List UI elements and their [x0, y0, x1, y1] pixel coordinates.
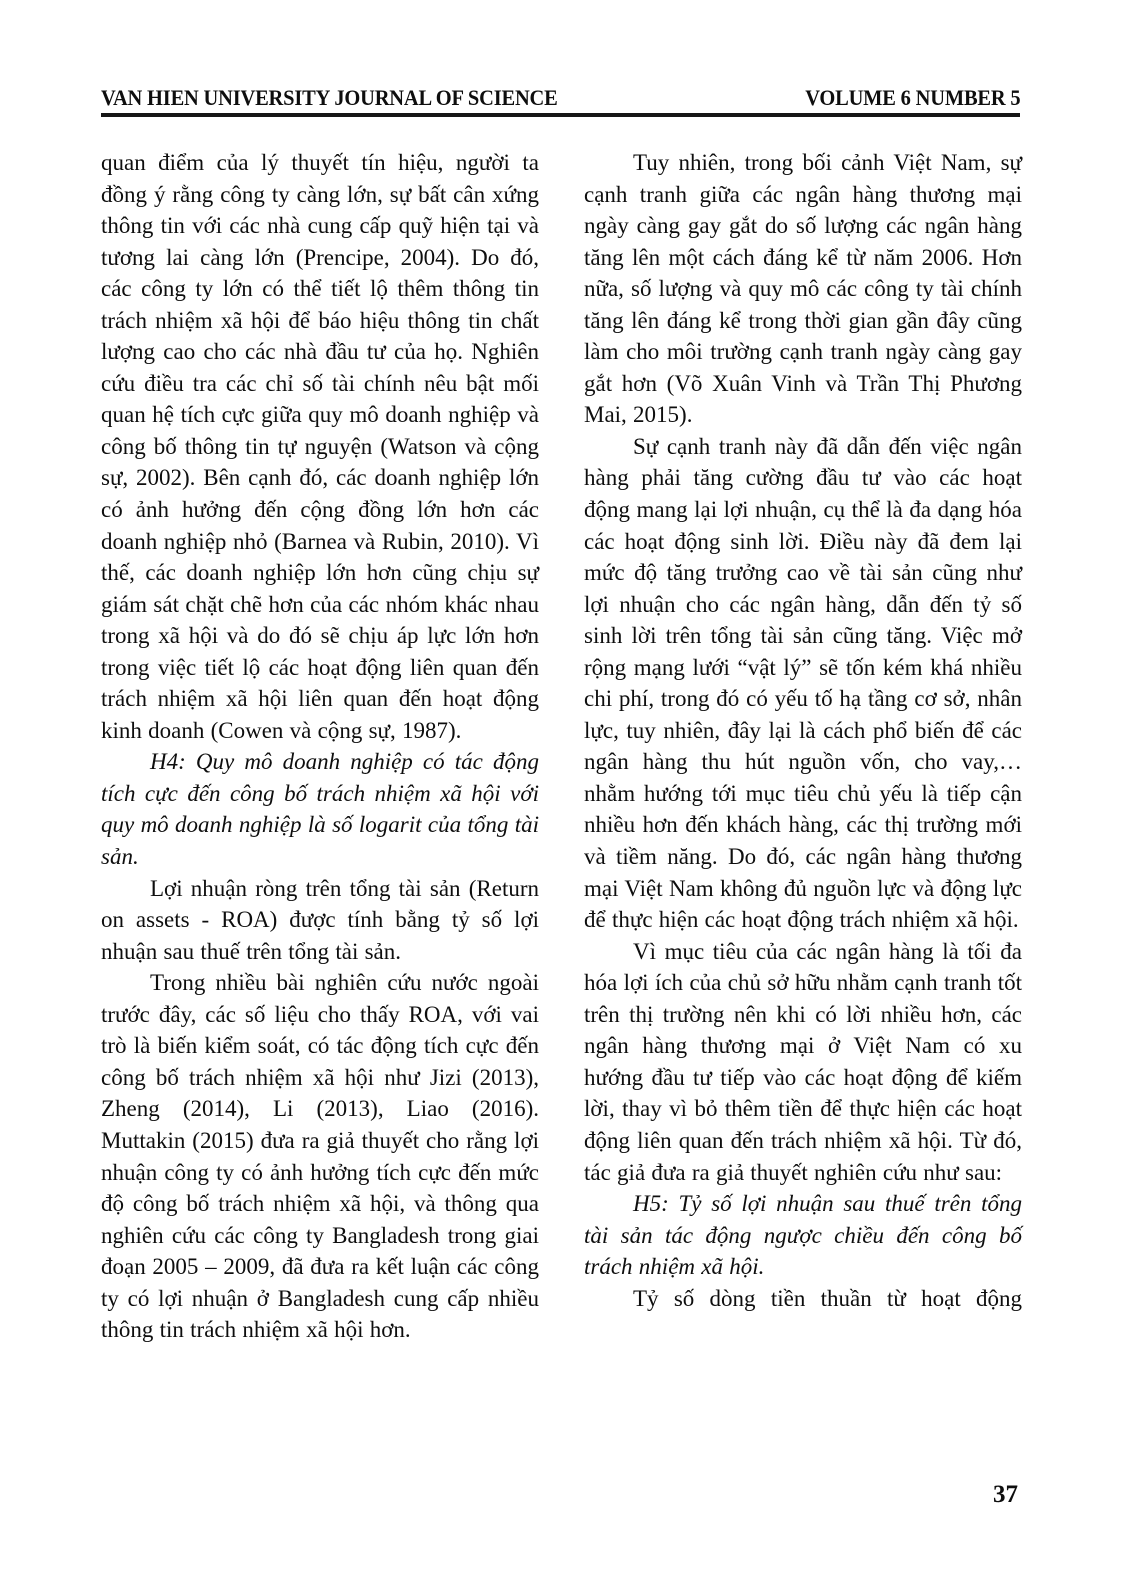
paragraph-continuation: quan điểm của lý thuyết tín hiệu, người … — [101, 147, 539, 746]
page-header: VAN HIEN UNIVERSITY JOURNAL OF SCIENCE V… — [101, 85, 1020, 111]
article-body: quan điểm của lý thuyết tín hiệu, người … — [101, 147, 1022, 1346]
paragraph-competition: Sự cạnh tranh này đã dẫn đến việc ngân h… — [584, 431, 1022, 936]
page-number: 37 — [993, 1481, 1018, 1509]
paragraph-vietnam-context: Tuy nhiên, trong bối cảnh Việt Nam, sự c… — [584, 147, 1022, 431]
journal-title: VAN HIEN UNIVERSITY JOURNAL OF SCIENCE — [101, 85, 558, 111]
column-right: Tuy nhiên, trong bối cảnh Việt Nam, sự c… — [584, 147, 1022, 1346]
paragraph-roa-literature: Trong nhiều bài nghiên cứu nước ngoài tr… — [101, 967, 539, 1346]
hypothesis-h5: H5: Tỷ số lợi nhuận sau thuế trên tổng t… — [584, 1188, 1022, 1283]
column-left: quan điểm của lý thuyết tín hiệu, người … — [101, 147, 539, 1346]
hypothesis-h4: H4: Quy mô doanh nghiệp có tác động tích… — [101, 746, 539, 872]
paragraph-roa-definition: Lợi nhuận ròng trên tổng tài sản (Return… — [101, 873, 539, 968]
paragraph-bank-objective: Vì mục tiêu của các ngân hàng là tối đa … — [584, 936, 1022, 1188]
journal-page: VAN HIEN UNIVERSITY JOURNAL OF SCIENCE V… — [0, 0, 1122, 1594]
header-rule — [101, 113, 1020, 117]
issue-label: VOLUME 6 NUMBER 5 — [805, 85, 1020, 111]
paragraph-cashflow-start: Tỷ số dòng tiền thuần từ hoạt động — [584, 1283, 1022, 1315]
